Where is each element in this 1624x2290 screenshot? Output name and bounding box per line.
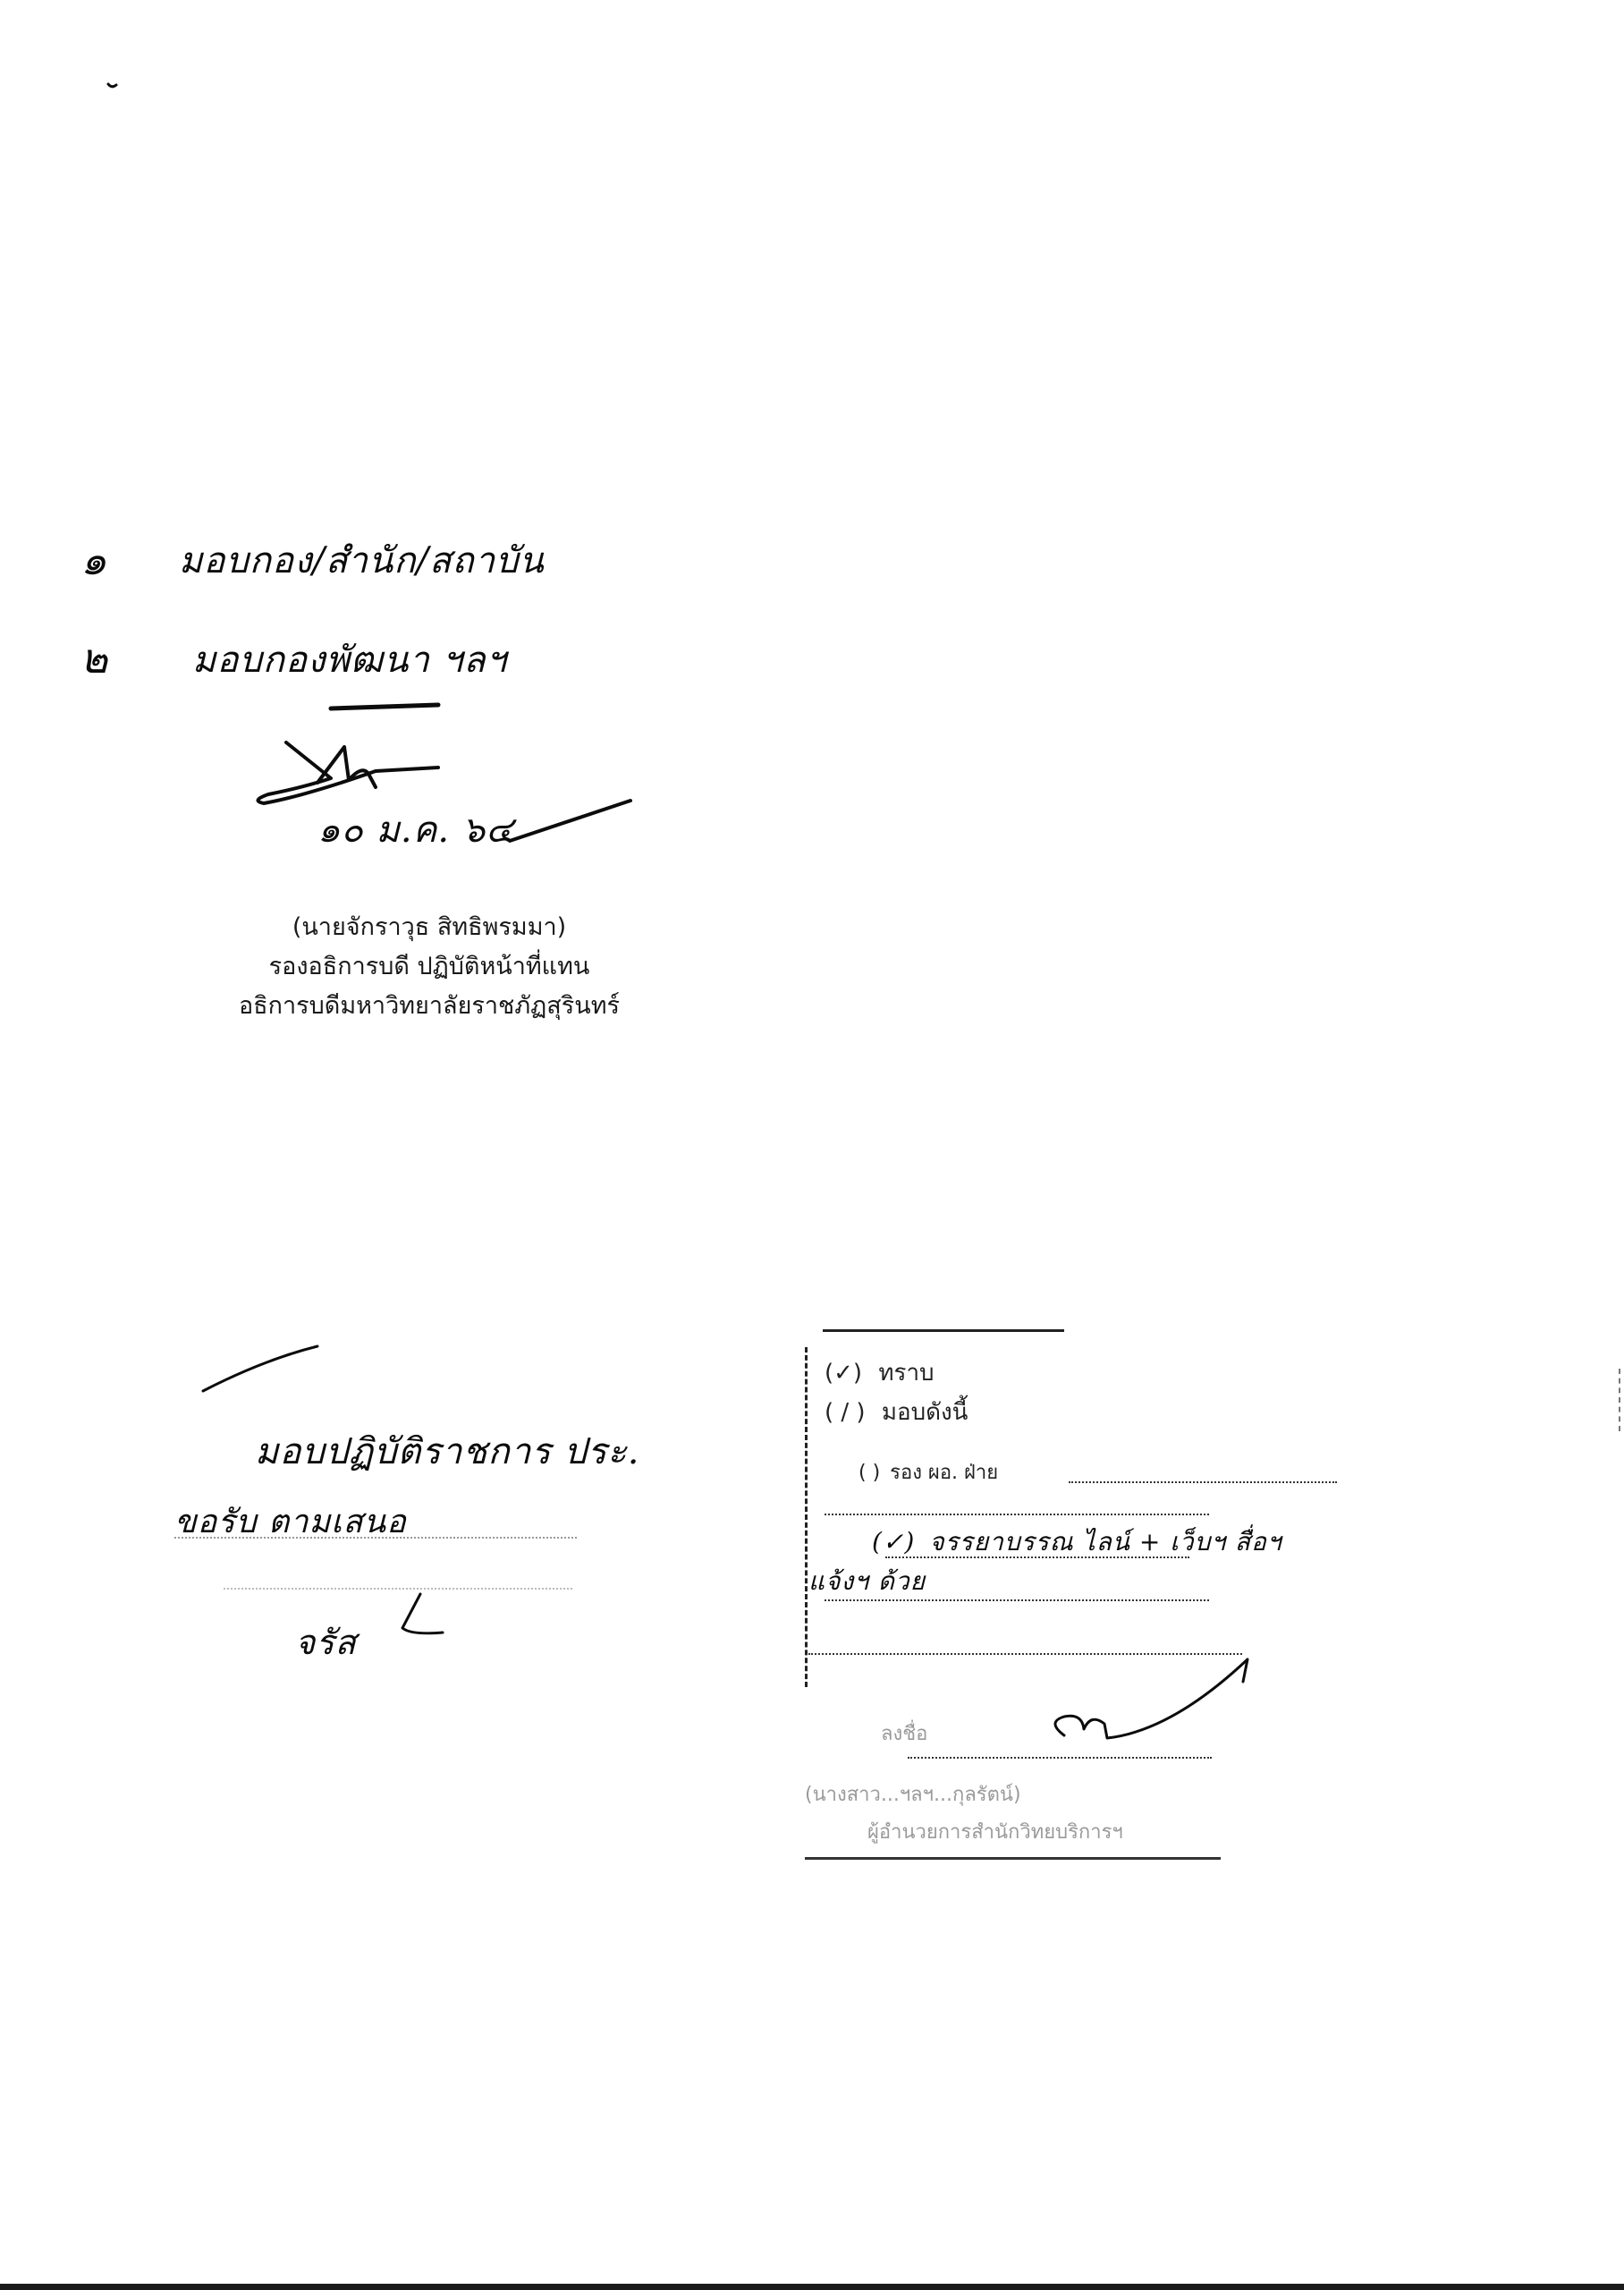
reception-stamp: (✓) ทราบ ( / ) มอบดังนี้ ( ) รอง ผอ. ฝ่า… bbox=[787, 1315, 1341, 1887]
checkbox-handwritten: (✓) bbox=[872, 1527, 915, 1556]
stamp-option-assign: ( / ) มอบดังนี้ bbox=[825, 1394, 968, 1430]
signatory-name: (นายจักราวุธ สิทธิพรมมา) bbox=[170, 908, 689, 947]
note-text-1: มอบกอง/สำนัก/สถาบัน bbox=[179, 531, 545, 589]
left-note-dotted-1 bbox=[174, 1537, 577, 1539]
option-ack-label: ทราบ bbox=[878, 1360, 934, 1387]
checkbox-assign: ( / ) bbox=[825, 1399, 866, 1426]
handwritten-option-line-2: แจ้งฯ ด้วย bbox=[808, 1562, 926, 1601]
handwritten-option-line-1: จรรยาบรรณ ไลน์ + เว็บฯ สื่อฯ bbox=[929, 1527, 1281, 1556]
stamp-option-ack: (✓) ทราบ bbox=[825, 1354, 935, 1391]
stamp-top-border bbox=[823, 1329, 1064, 1332]
sub-option-label: รอง ผอ. ฝ่าย bbox=[890, 1462, 998, 1484]
stamp-dotline-3 bbox=[825, 1599, 1209, 1601]
note-text-2: มอบกองพัฒนา ฯลฯ bbox=[192, 631, 507, 688]
stamp-left-border bbox=[805, 1347, 808, 1687]
stamp-dotline-1 bbox=[825, 1514, 1209, 1515]
stamp-sub-option: ( ) รอง ผอ. ฝ่าย bbox=[859, 1456, 998, 1488]
stamp-signature-scribble bbox=[939, 1650, 1261, 1758]
signatory-block: (นายจักราวุธ สิทธิพรมมา) รองอธิการบดี ปฏ… bbox=[170, 908, 689, 1026]
stamp-sign-label: ลงชื่อ bbox=[881, 1717, 927, 1749]
sub-option-dotline bbox=[1069, 1481, 1337, 1483]
stamp-sign-dotline bbox=[908, 1757, 1212, 1759]
left-signature-flourish bbox=[376, 1592, 447, 1655]
scan-bottom-edge bbox=[0, 2284, 1624, 2290]
left-note-line-2: ขอรับ ตามเสนอ bbox=[174, 1496, 407, 1547]
scan-edge-mark bbox=[1619, 1369, 1622, 1431]
date-underline-stroke bbox=[510, 801, 635, 845]
note-number-1: ๑ bbox=[80, 528, 107, 593]
left-note-line-1: มอบปฏิบัติราชการ ประ. bbox=[255, 1422, 639, 1480]
stamp-bottom-border bbox=[805, 1857, 1221, 1860]
left-note-signature: จรัส bbox=[295, 1615, 357, 1669]
signatory-position-1: รองอธิการบดี ปฏิบัติหน้าที่แทน bbox=[170, 947, 689, 987]
signatory-position-2: อธิการบดีมหาวิทยาลัยราชภัฏสุรินทร์ bbox=[170, 987, 689, 1026]
checkbox-ack: (✓) bbox=[825, 1360, 862, 1387]
stamp-dotline-2 bbox=[885, 1556, 1189, 1558]
checkbox-sub: ( ) bbox=[859, 1462, 880, 1484]
note-number-2: ๒ bbox=[80, 626, 108, 691]
option-assign-label: มอบดังนี้ bbox=[882, 1399, 968, 1426]
note-date: ๑๐ ม.ค. ๖๔ bbox=[317, 801, 513, 858]
stamp-signer-name: (นางสาว...ฯลฯ...กุลรัตน์) bbox=[805, 1778, 1021, 1810]
scan-speck bbox=[107, 82, 118, 89]
left-note-stroke bbox=[201, 1342, 326, 1395]
left-note-dotted-2 bbox=[224, 1588, 572, 1590]
stamp-signer-position: ผู้อำนวยการสำนักวิทยบริการฯ bbox=[867, 1816, 1123, 1847]
